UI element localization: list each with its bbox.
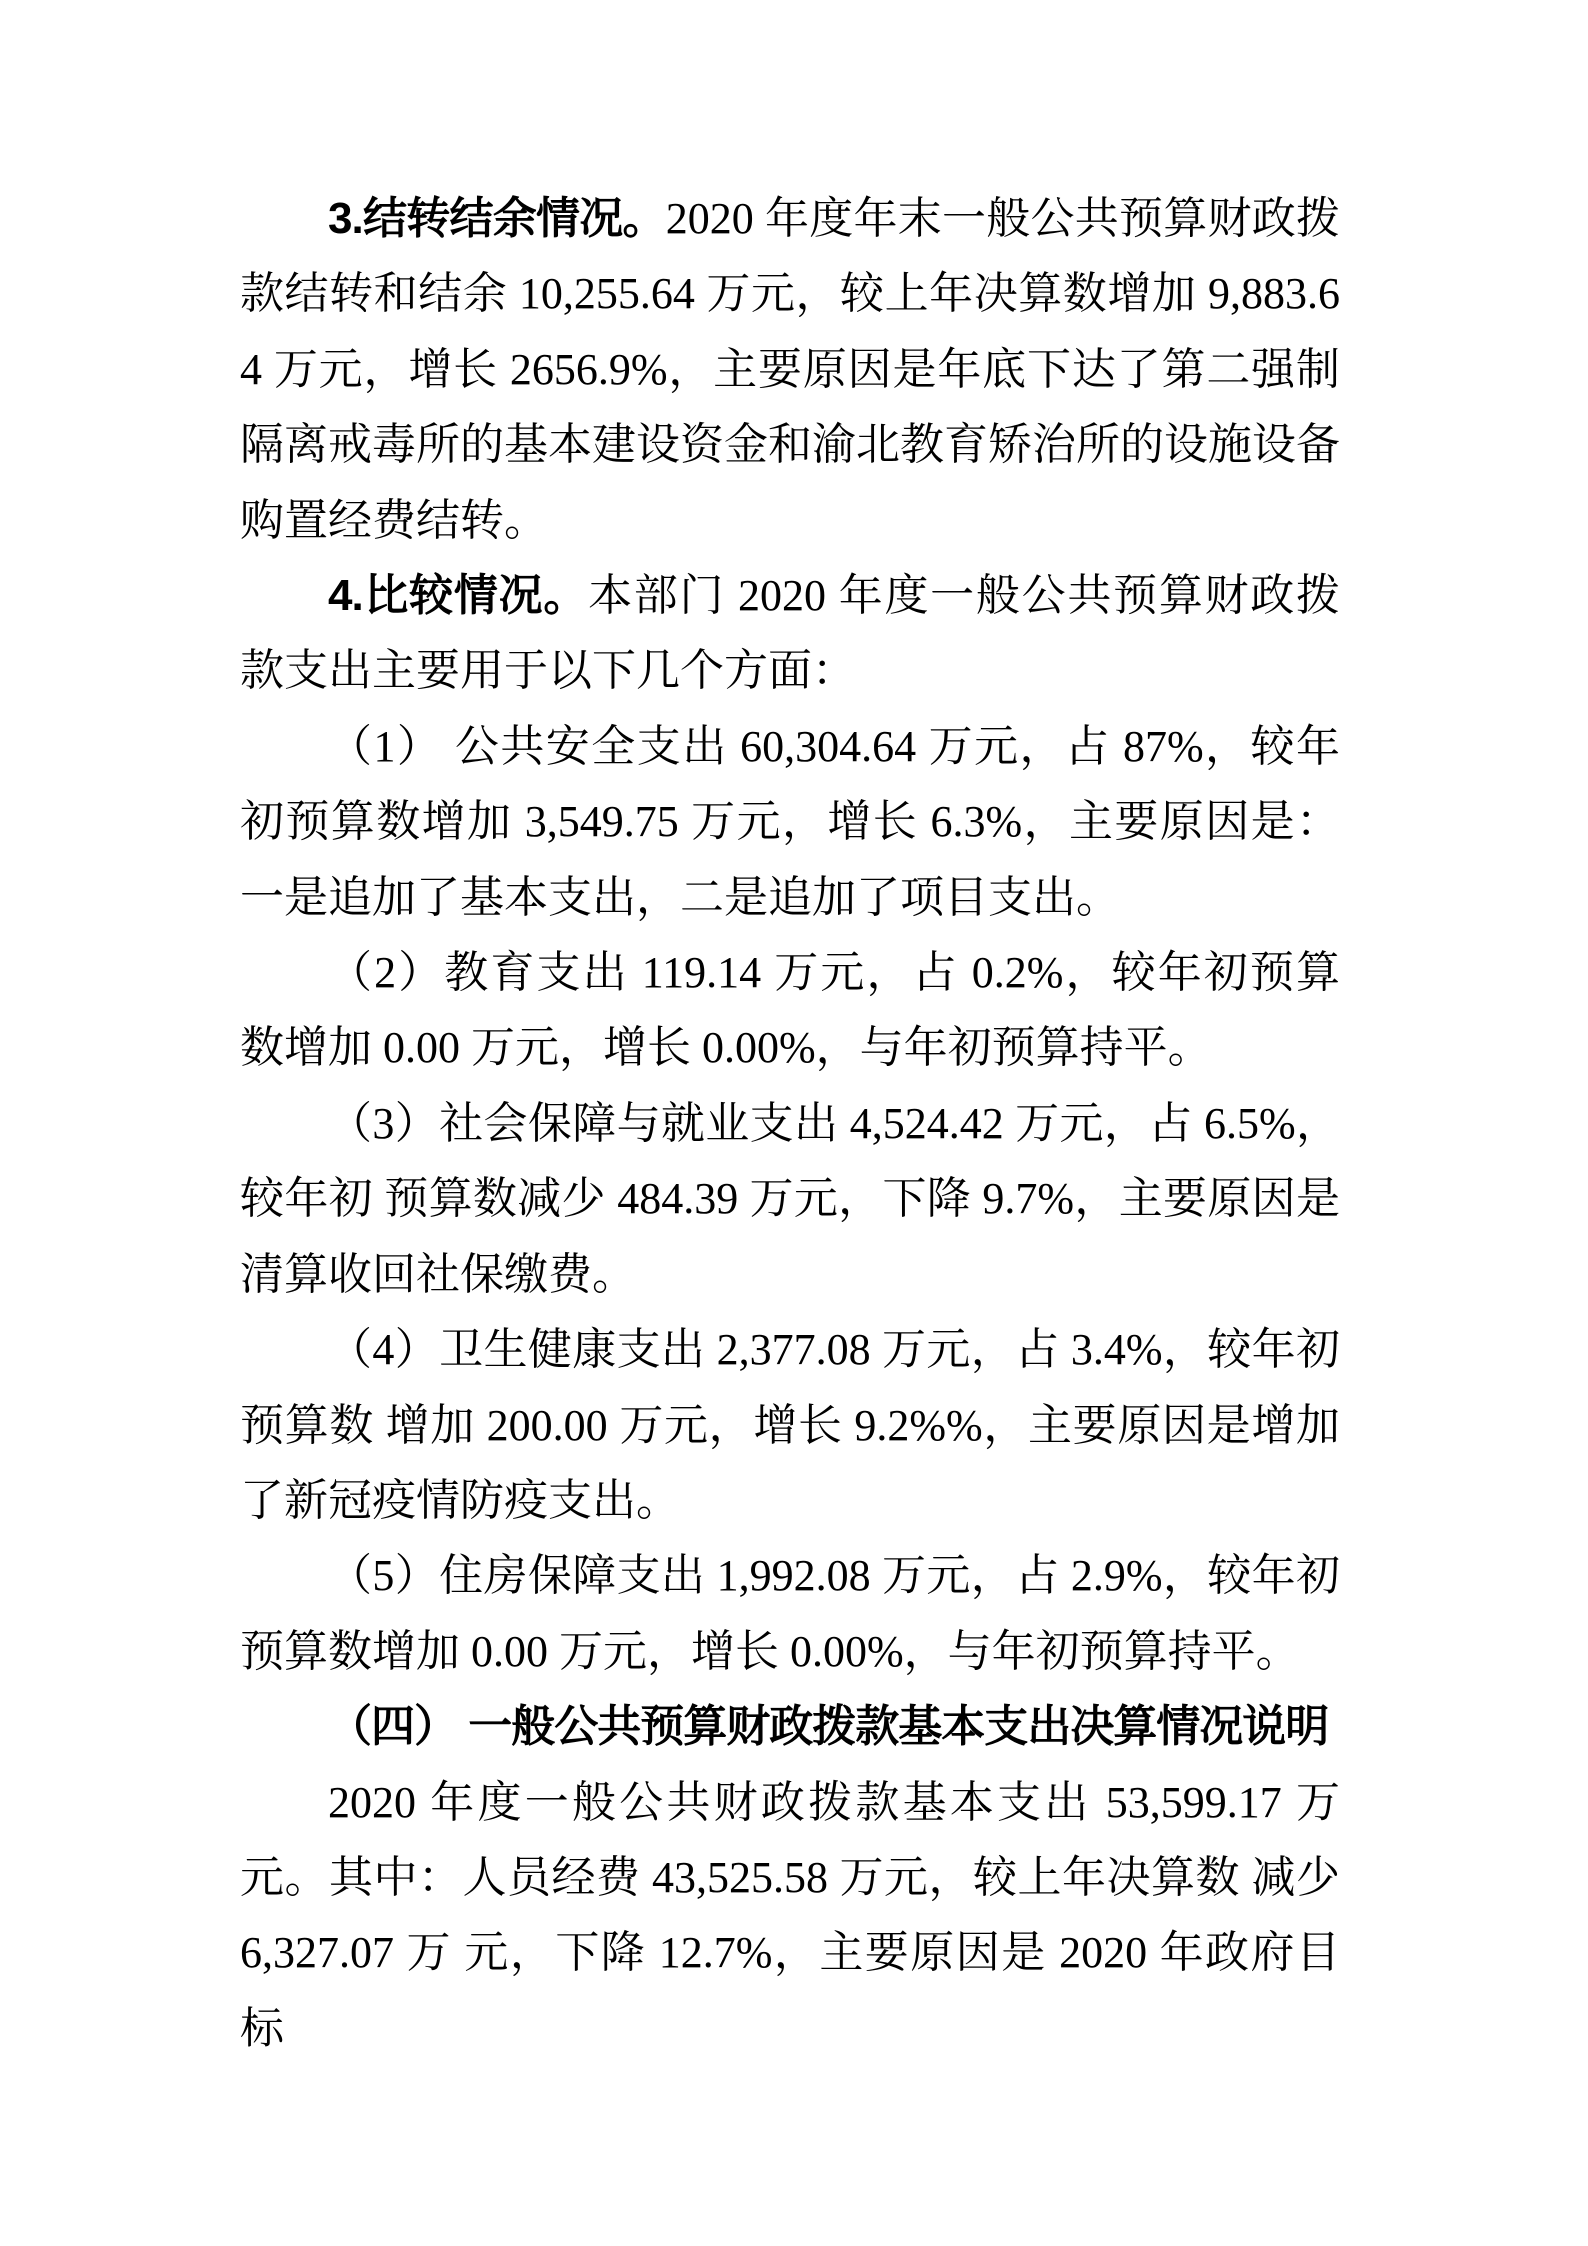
para-item-3-social-security-text: （3）社会保障与就业支出 4,524.42 万元，占 6.5%，较年初 预算数减… bbox=[240, 1099, 1340, 1299]
para-carryover-balance-lead: 3.结转结余情况。 bbox=[328, 194, 666, 243]
para-item-2-education: （2）教育支出 119.14 万元，占 0.2%，较年初预算数增加 0.00 万… bbox=[240, 935, 1340, 1086]
section-heading-basic-expenditure: （四） 一般公共预算财政拨款基本支出决算情况说明 bbox=[240, 1689, 1340, 1764]
para-item-1-public-safety: （1） 公共安全支出 60,304.64 万元，占 87%，较年初预算数增加 3… bbox=[240, 709, 1340, 935]
para-item-2-education-text: （2）教育支出 119.14 万元，占 0.2%，较年初预算数增加 0.00 万… bbox=[240, 948, 1340, 1072]
para-item-4-health: （4）卫生健康支出 2,377.08 万元，占 3.4%，较年初预算数 增加 2… bbox=[240, 1312, 1340, 1538]
para-basic-expenditure-detail: 2020 年度一般公共财政拨款基本支出 53,599.17 万元。其中：人员经费… bbox=[240, 1765, 1340, 2067]
document-page: 3.结转结余情况。2020 年度年末一般公共预算财政拨款结转和结余 10,255… bbox=[0, 0, 1588, 2246]
para-item-5-housing-text: （5）住房保障支出 1,992.08 万元，占 2.9%，较年初预算数增加 0.… bbox=[240, 1551, 1340, 1675]
para-item-5-housing: （5）住房保障支出 1,992.08 万元，占 2.9%，较年初预算数增加 0.… bbox=[240, 1538, 1340, 1689]
section-heading-basic-expenditure-text: （四） 一般公共预算财政拨款基本支出决算情况说明 bbox=[328, 1702, 1328, 1751]
para-item-4-health-text: （4）卫生健康支出 2,377.08 万元，占 3.4%，较年初预算数 增加 2… bbox=[240, 1325, 1340, 1525]
para-comparison-intro: 4.比较情况。本部门 2020 年度一般公共预算财政拨款支出主要用于以下几个方面… bbox=[240, 558, 1340, 709]
para-item-1-public-safety-text: （1） 公共安全支出 60,304.64 万元，占 87%，较年初预算数增加 3… bbox=[240, 722, 1340, 922]
para-carryover-balance-text: 2020 年度年末一般公共预算财政拨款结转和结余 10,255.64 万元，较上… bbox=[240, 194, 1340, 545]
para-item-3-social-security: （3）社会保障与就业支出 4,524.42 万元，占 6.5%，较年初 预算数减… bbox=[240, 1086, 1340, 1312]
para-basic-expenditure-detail-text: 2020 年度一般公共财政拨款基本支出 53,599.17 万元。其中：人员经费… bbox=[240, 1778, 1340, 2053]
para-comparison-intro-lead: 4.比较情况。 bbox=[328, 571, 588, 620]
para-carryover-balance: 3.结转结余情况。2020 年度年末一般公共预算财政拨款结转和结余 10,255… bbox=[240, 181, 1340, 558]
